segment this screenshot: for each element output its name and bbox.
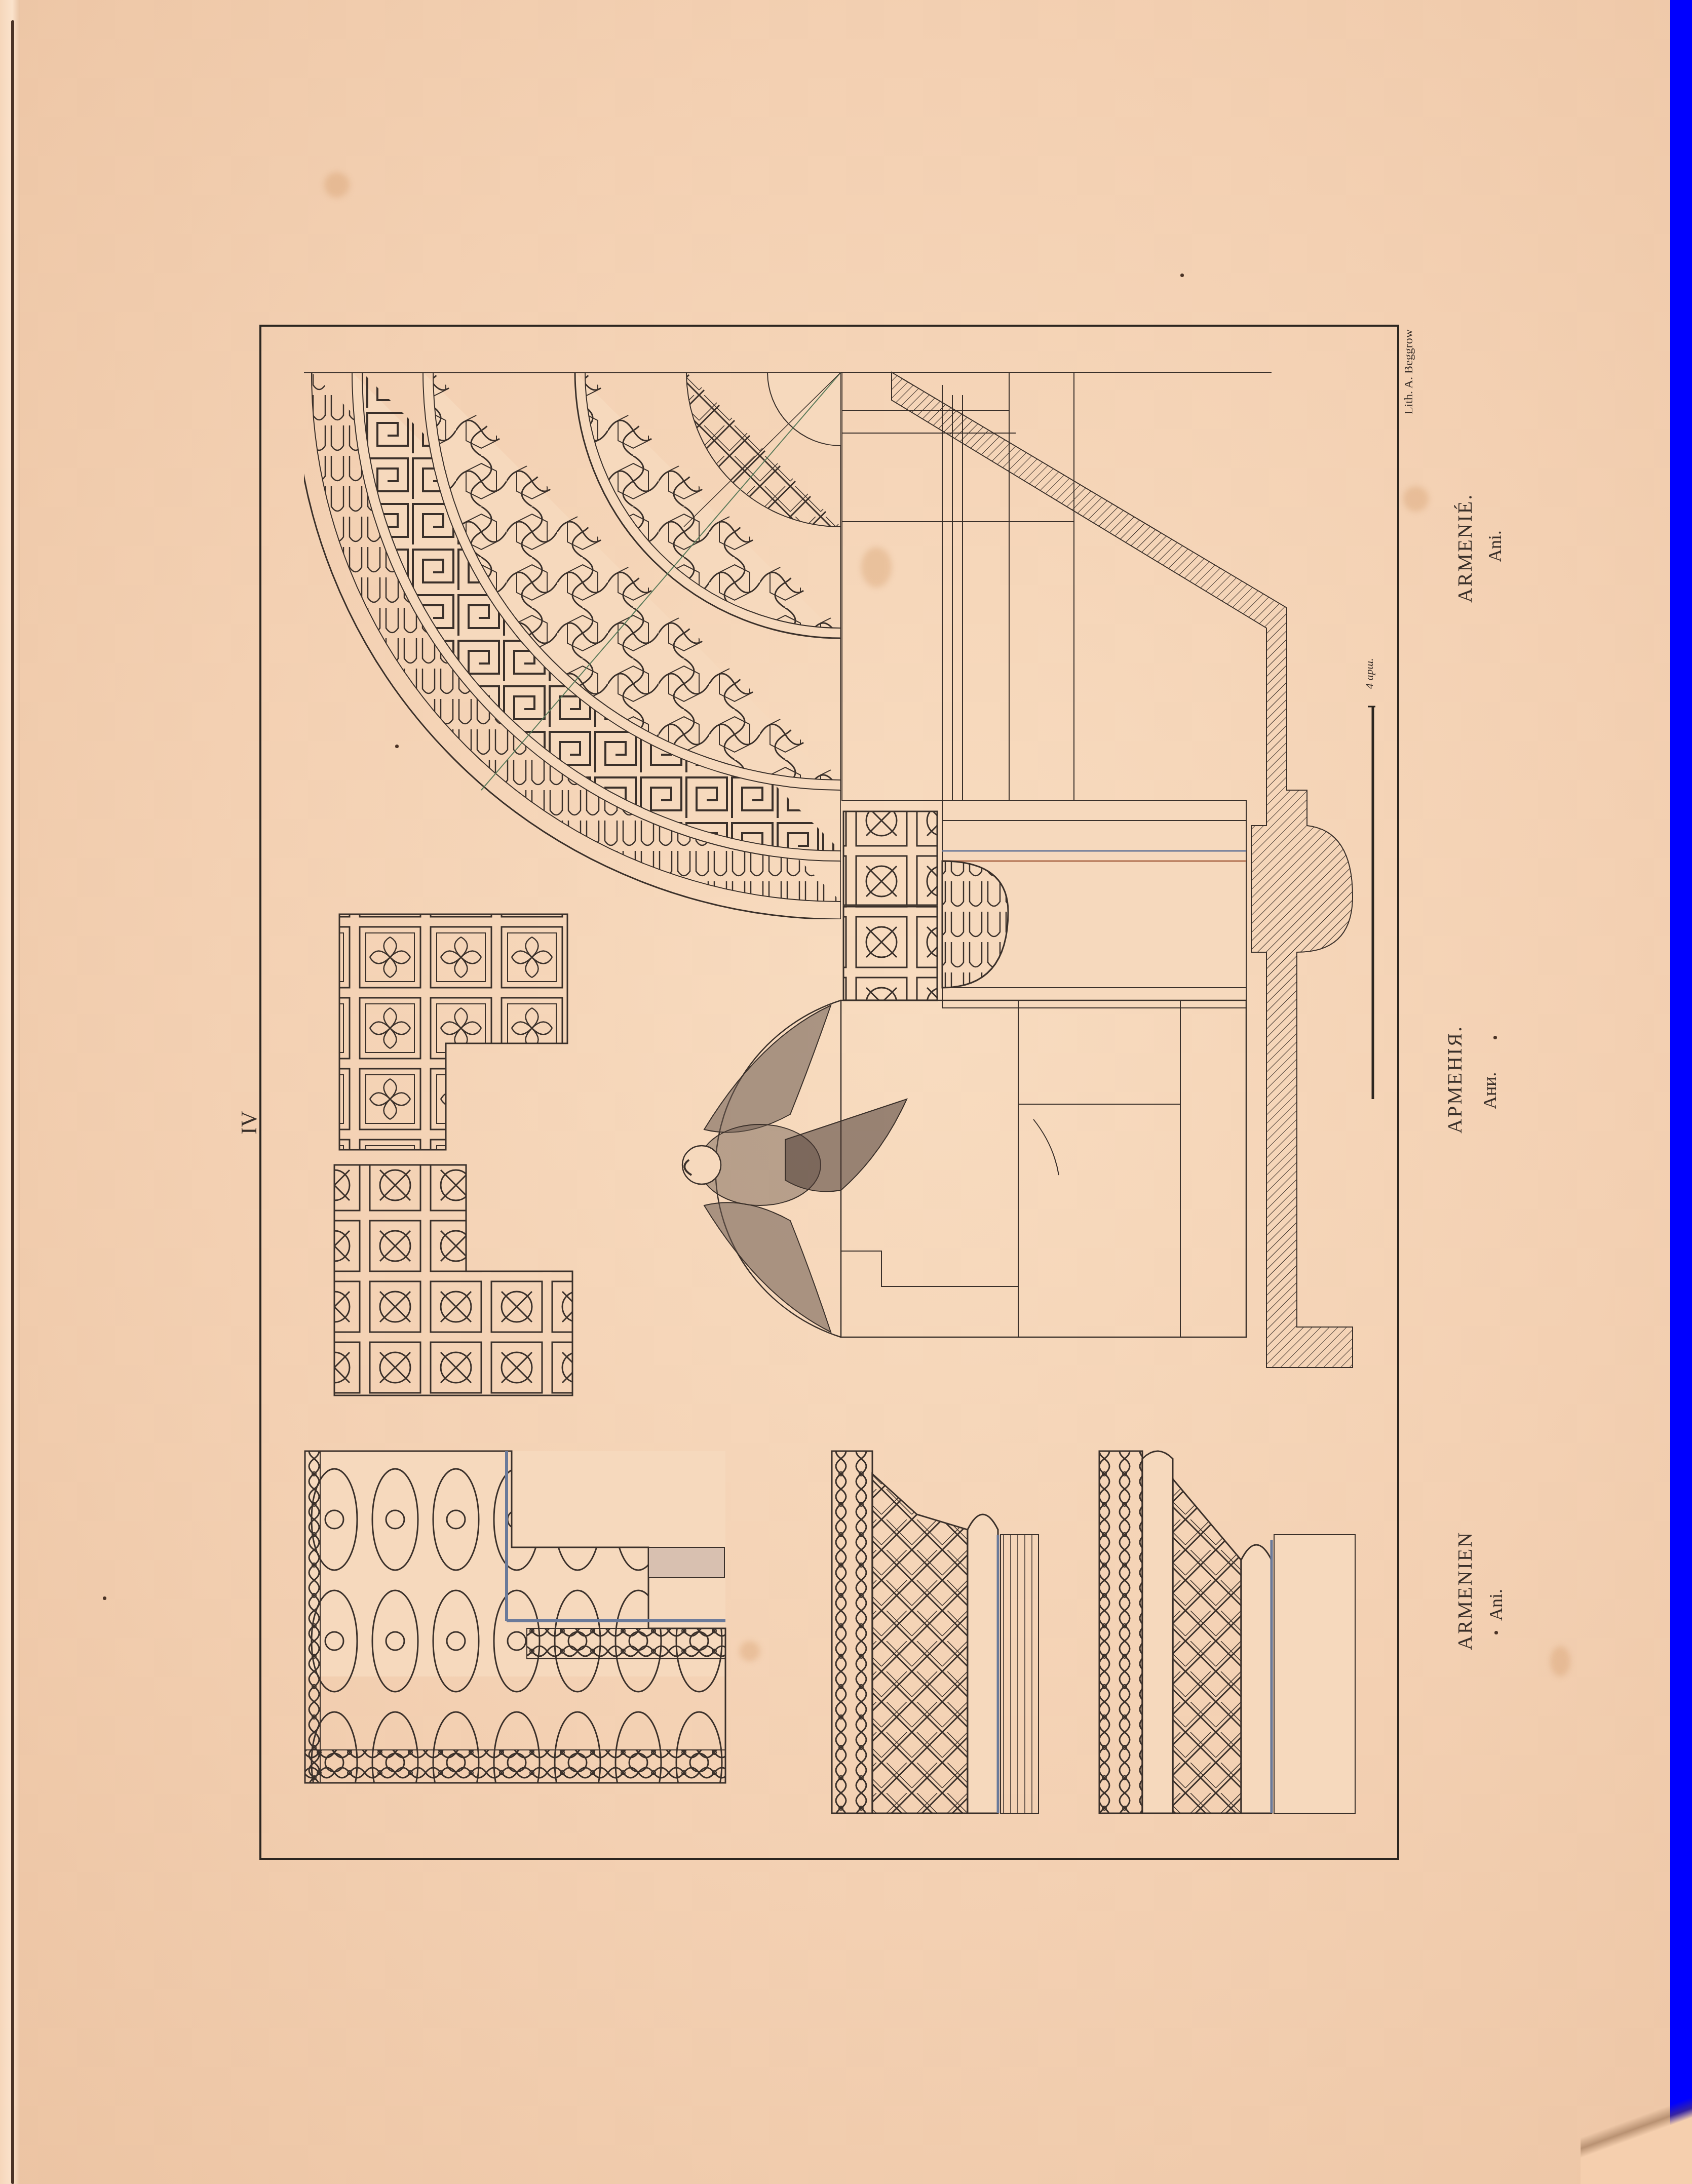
caption-french-place: Ani. (1484, 530, 1506, 562)
arch-quadrant-figure (294, 372, 841, 919)
caption-russian-title: АРМЕНІЯ. (1443, 1025, 1467, 1134)
scan-edge (1670, 0, 1692, 2184)
caption-french-title: ARMENIÉ. (1453, 493, 1477, 603)
caption-german-title: ARMENIEN (1453, 1531, 1477, 1650)
page-corner-curl (1581, 2066, 1692, 2184)
column-elevation-figure (841, 372, 1272, 1008)
eagle-tympanum-figure (682, 1000, 1246, 1337)
scale-bar (1368, 707, 1375, 1099)
knot-panel-figure (334, 1165, 572, 1395)
caption-russian-place: Ани. (1479, 1072, 1501, 1109)
lithographer-credit: Lith. A. Beggrow (1402, 329, 1416, 414)
quatrefoil-panel-figure (339, 914, 567, 1150)
scale-label: 4 арш. (1363, 658, 1376, 689)
cornice-profile-2-figure (1099, 1451, 1355, 1813)
plate-drawings (0, 0, 1692, 2184)
plate-number: IV (236, 1111, 262, 1135)
cornice-profile-1-figure (832, 1451, 1039, 1813)
caption-german-place: Ani. (1485, 1589, 1507, 1621)
corner-frieze-figure (305, 1451, 725, 2184)
